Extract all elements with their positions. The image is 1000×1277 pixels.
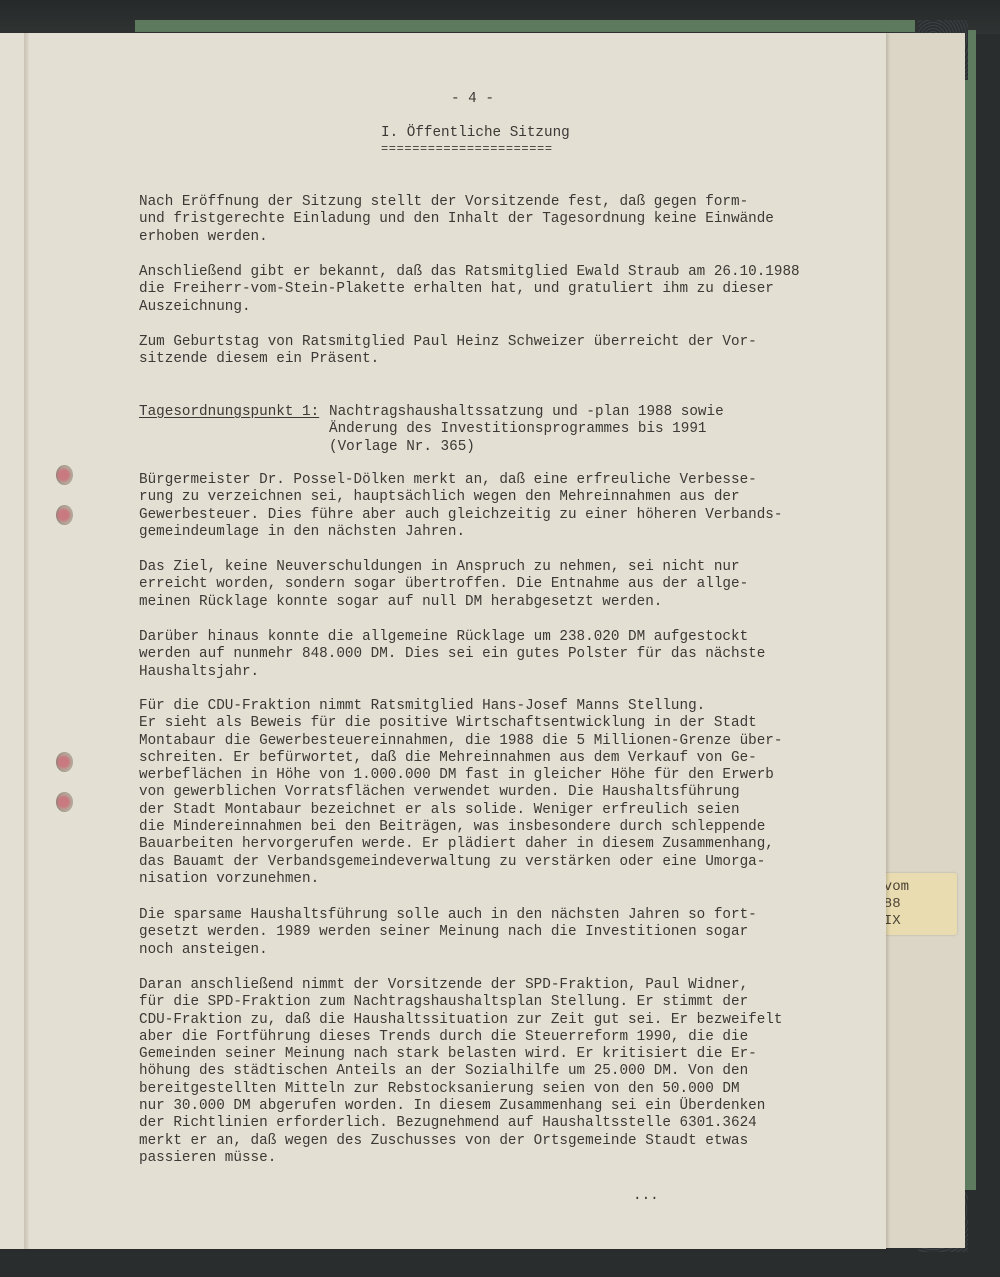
page-number: - 4 - [451, 91, 494, 108]
text-line: Zum Geburtstag von Ratsmitglied Paul Hei… [139, 334, 839, 351]
underlying-page [880, 33, 965, 1248]
text-line: Gemeinden seiner Meinung nach stark bela… [139, 1046, 839, 1063]
section-title: I. Öffentliche Sitzung [381, 125, 570, 142]
text-line: sitzende diesem ein Präsent. [139, 351, 839, 368]
section-title-rule: ====================== [381, 141, 553, 158]
agenda-item-title: Nachtragshaushaltssatzung und -plan 1988… [329, 404, 724, 456]
text-line: werbeflächen in Höhe von 1.000.000 DM fa… [139, 767, 839, 784]
text-line: erreicht worden, sondern sogar übertroff… [139, 576, 839, 593]
text-line: CDU-Fraktion zu, daß die Haushaltssituat… [139, 1012, 839, 1029]
text-line: meinen Rücklage konnte sogar auf null DM… [139, 594, 839, 611]
paragraph-debt-goal: Das Ziel, keine Neuverschuldungen in Ans… [139, 559, 839, 611]
text-line: der Stadt Montabaur bezeichnet er als so… [139, 802, 839, 819]
binder-green-edge-top [135, 20, 915, 32]
text-line: höhung des städtischen Anteils an der So… [139, 1063, 839, 1080]
text-line: Für die CDU-Fraktion nimmt Ratsmitglied … [139, 698, 839, 715]
text-line: Anschließend gibt er bekannt, daß das Ra… [139, 264, 839, 281]
text-line: von gewerblichen Vorratsflächen verwende… [139, 784, 839, 801]
paragraph-award: Anschließend gibt er bekannt, daß das Ra… [139, 264, 839, 316]
continuation-mark: ... [633, 1188, 659, 1205]
text-line: bereitgestellten Mitteln zur Rebstocksan… [139, 1081, 839, 1098]
text-line: Gewerbesteuer. Dies führe aber auch glei… [139, 507, 839, 524]
text-line: das Bauamt der Verbandsgemeindeverwaltun… [139, 854, 839, 871]
text-line: gesetzt werden. 1989 werden seiner Meinu… [139, 924, 839, 941]
text-line: aber die Fortführung dieses Trends durch… [139, 1029, 839, 1046]
text-line: Änderung des Investitionsprogrammes bis … [329, 421, 724, 438]
text-line: Auszeichnung. [139, 299, 839, 316]
text-line: Bauarbeiten hervorgerufen werde. Er pläd… [139, 836, 839, 853]
text-line: merkt er an, daß wegen des Zuschusses vo… [139, 1133, 839, 1150]
text-line: der Richtlinien erforderlich. Bezugnehme… [139, 1115, 839, 1132]
punch-hole-4 [56, 792, 73, 812]
text-line: Bürgermeister Dr. Possel-Dölken merkt an… [139, 472, 839, 489]
text-line: passieren müsse. [139, 1150, 839, 1167]
text-line: werden auf nunmehr 848.000 DM. Dies sei … [139, 646, 839, 663]
text-line: die Mindereinnahmen bei den Beiträgen, w… [139, 819, 839, 836]
paragraph-cdu: Für die CDU-Fraktion nimmt Ratsmitglied … [139, 698, 839, 888]
text-line: Daran anschließend nimmt der Vorsitzende… [139, 977, 839, 994]
paragraph-reserve: Darüber hinaus konnte die allgemeine Rüc… [139, 629, 839, 681]
text-line: Das Ziel, keine Neuverschuldungen in Ans… [139, 559, 839, 576]
paragraph-birthday: Zum Geburtstag von Ratsmitglied Paul Hei… [139, 334, 839, 369]
text-line: Nachtragshaushaltssatzung und -plan 1988… [329, 404, 724, 421]
text-line: nur 30.000 DM abgerufen worden. In diese… [139, 1098, 839, 1115]
paragraph-economy: Die sparsame Haushaltsführung solle auch… [139, 907, 839, 959]
text-line: für die SPD-Fraktion zum Nachtragshausha… [139, 994, 839, 1011]
text-line: Die sparsame Haushaltsführung solle auch… [139, 907, 839, 924]
text-line: nisation vorzunehmen. [139, 871, 839, 888]
text-line: Er sieht als Beweis für die positive Wir… [139, 715, 839, 732]
punch-hole-2 [56, 505, 73, 525]
text-line: schreiten. Er befürwortet, daß die Mehre… [139, 750, 839, 767]
text-line: rung zu verzeichnen sei, hauptsächlich w… [139, 489, 839, 506]
text-line: und fristgerechte Einladung und den Inha… [139, 211, 839, 228]
text-line: Darüber hinaus konnte die allgemeine Rüc… [139, 629, 839, 646]
text-line: Haushaltsjahr. [139, 664, 839, 681]
text-line: Montabaur die Gewerbesteuereinnahmen, di… [139, 733, 839, 750]
agenda-item-label: Tagesordnungspunkt 1: [139, 404, 319, 421]
paragraph-opening: Nach Eröffnung der Sitzung stellt der Vo… [139, 194, 839, 246]
text-line: noch ansteigen. [139, 942, 839, 959]
paragraph-spd: Daran anschließend nimmt der Vorsitzende… [139, 977, 839, 1167]
punch-hole-3 [56, 752, 73, 772]
text-line: Nach Eröffnung der Sitzung stellt der Vo… [139, 194, 839, 211]
text-line: erhoben werden. [139, 229, 839, 246]
text-line: (Vorlage Nr. 365) [329, 439, 724, 456]
page-fold-crease [24, 33, 29, 1249]
text-line: gemeindeumlage in den nächsten Jahren. [139, 524, 839, 541]
paragraph-mayor: Bürgermeister Dr. Possel-Dölken merkt an… [139, 472, 839, 541]
punch-hole-1 [56, 465, 73, 485]
text-line: die Freiherr-vom-Stein-Plakette erhalten… [139, 281, 839, 298]
